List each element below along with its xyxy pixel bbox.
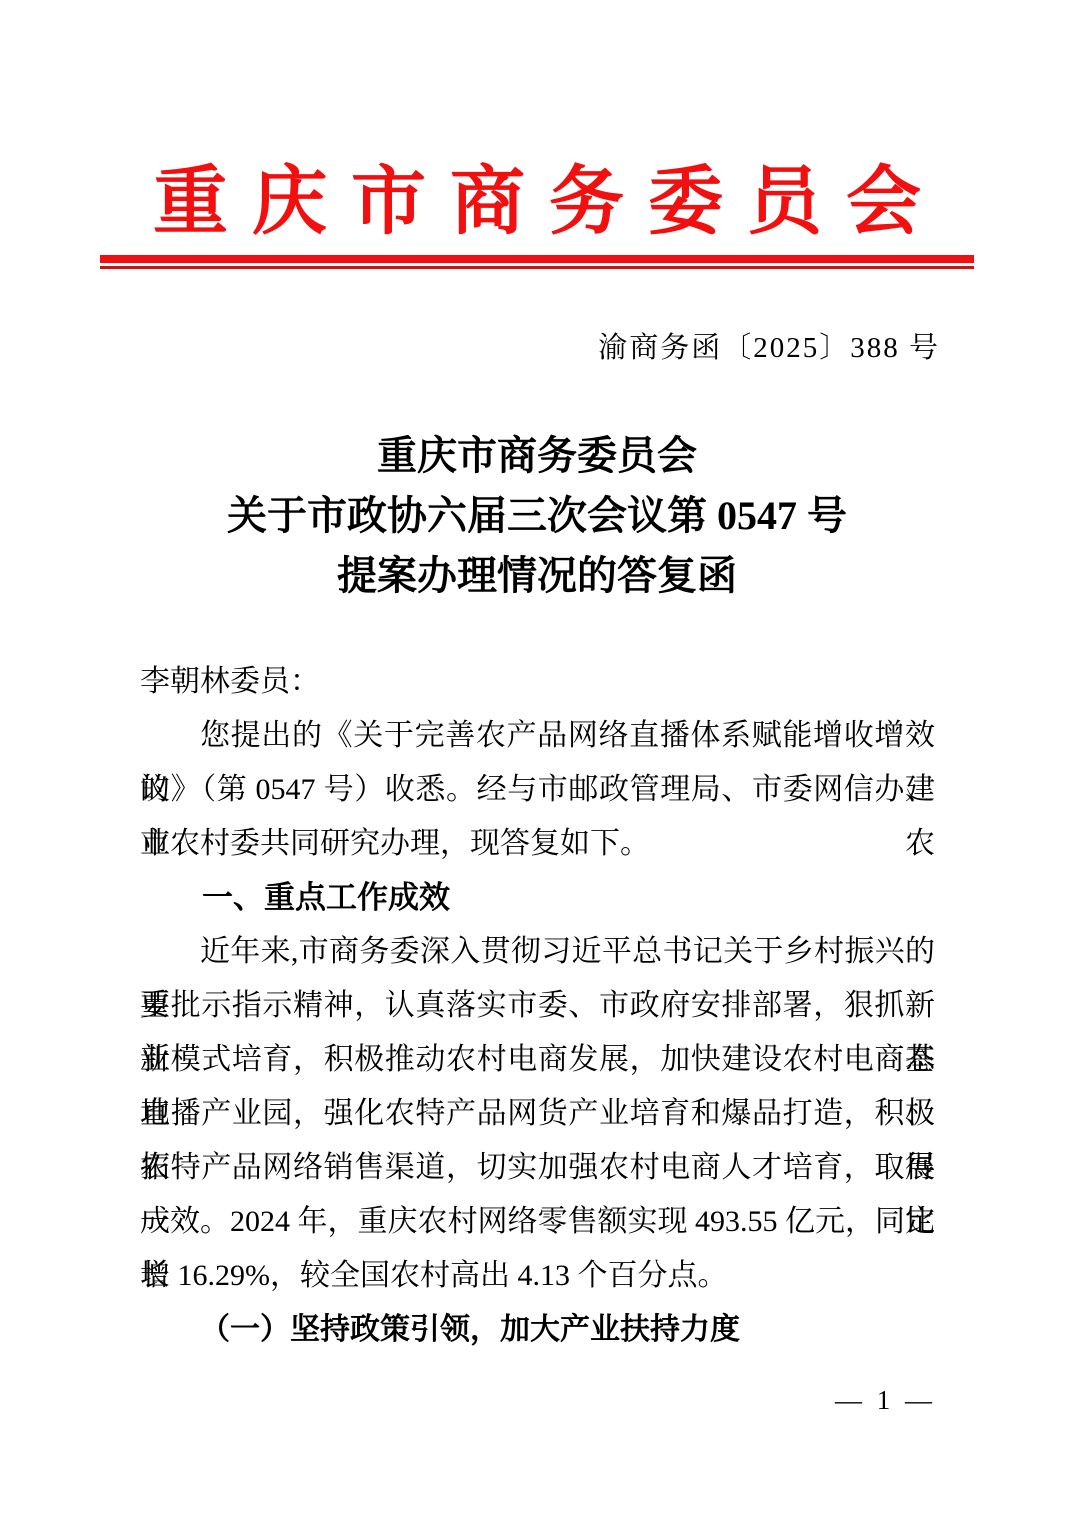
red-separator-bar — [100, 255, 974, 263]
page-number: — 1 — — [835, 1385, 936, 1416]
body-line: 要批示指示精神，认真落实市委、市政府安排部署，狠抓新业态 — [140, 979, 935, 1033]
subsection-heading-1: （一）坚持政策引领，加大产业扶持力度 — [140, 1303, 935, 1357]
doc-title-line-1: 重庆市商务委员会 — [0, 426, 1074, 486]
body-line: 成效。2024 年，重庆农村网络零售额实现 493.55 亿元，同比增 — [140, 1195, 935, 1249]
doc-title-line-3: 提案办理情况的答复函 — [0, 546, 1074, 606]
body-line: 新模式培育，积极推动农村电商发展，加快建设农村电商基地、 — [140, 1033, 935, 1087]
body-line: 议》（第 0547 号）收悉。经与市邮政管理局、市委网信办、市农 — [140, 763, 935, 817]
doc-reference-number: 渝商务函〔2025〕388 号 — [598, 325, 940, 366]
document-page: 重庆市商务委员会 渝商务函〔2025〕388 号 重庆市商务委员会 关于市政协六… — [0, 0, 1074, 1520]
salutation: 李朝林委员： — [140, 655, 935, 709]
body-line: 近年来,市商务委深入贯彻习近平总书记关于乡村振兴的重 — [140, 925, 935, 979]
red-separator-line — [100, 266, 974, 269]
body-line: 直播产业园，强化农特产品网货产业培育和爆品打造，积极拓展 — [140, 1087, 935, 1141]
body-line: 您提出的《关于完善农产品网络直播体系赋能增收增效的建 — [140, 709, 935, 763]
doc-title: 重庆市商务委员会 关于市政协六届三次会议第 0547 号 提案办理情况的答复函 — [0, 426, 1074, 606]
red-separator — [100, 255, 974, 269]
body-line: 长 16.29%，较全国农村高出 4.13 个百分点。 — [140, 1249, 935, 1303]
doc-title-line-2: 关于市政协六届三次会议第 0547 号 — [0, 486, 1074, 546]
agency-masthead: 重庆市商务委员会 — [90, 142, 1008, 249]
letter-body: 李朝林委员： 您提出的《关于完善农产品网络直播体系赋能增收增效的建 议》（第 0… — [140, 655, 935, 1357]
body-line: 农特产品网络销售渠道，切实加强农村电商人才培育，取得一定 — [140, 1141, 935, 1195]
section-heading-1: 一、重点工作成效 — [140, 871, 935, 925]
